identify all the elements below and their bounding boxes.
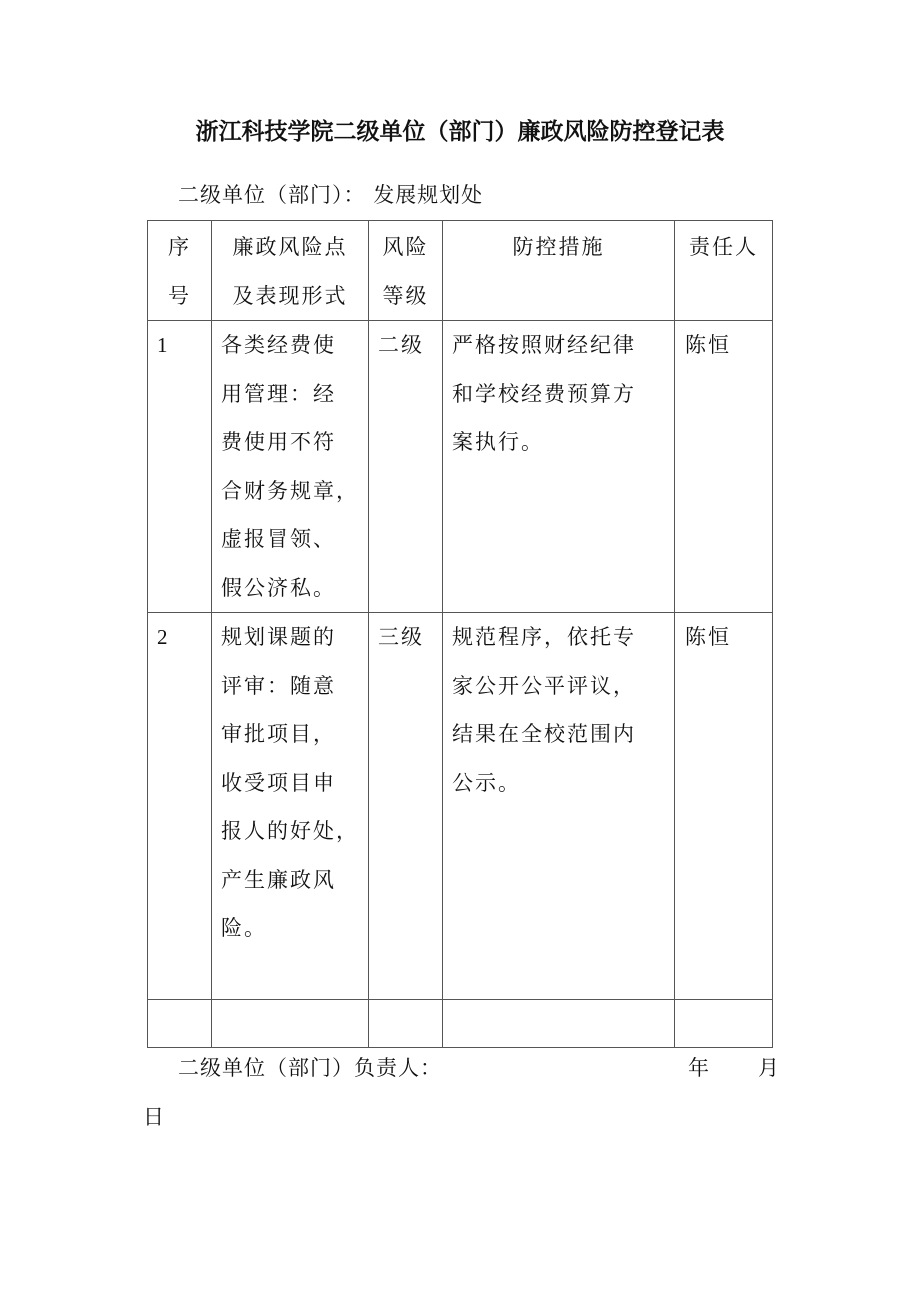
cell-owner: 陈恒 (675, 613, 773, 1000)
page-title: 浙江科技学院二级单位（部门）廉政风险防控登记表 (0, 114, 920, 150)
risk-register-table: 序 号 廉政风险点 及表现形式 风险 等级 防控措施 责任人 1 各类经费使 用… (147, 220, 773, 1048)
cell-owner-empty (675, 1000, 773, 1048)
month-label: 月 (758, 1051, 780, 1085)
cell-level: 二级 (369, 321, 443, 613)
year-label: 年 (688, 1051, 710, 1085)
cell-level: 三级 (369, 613, 443, 1000)
header-owner: 责任人 (675, 221, 773, 321)
cell-risk: 规划课题的 评审：随意 审批项目， 收受项目申 报人的好处， 产生廉政风 险。 (212, 613, 369, 1000)
cell-risk-empty (212, 1000, 369, 1048)
cell-seq: 1 (148, 321, 212, 613)
cell-owner: 陈恒 (675, 321, 773, 613)
table-row-empty (148, 1000, 773, 1048)
unit-line: 二级单位（部门）： 发展规划处 (178, 178, 483, 212)
signature-label: 二级单位（部门）负责人： (178, 1056, 442, 1080)
unit-label: 二级单位（部门）： (178, 183, 366, 207)
signature-line: 二级单位（部门）负责人： 年 月 (178, 1051, 778, 1085)
day-label: 日 (143, 1100, 164, 1134)
header-risk: 廉政风险点 及表现形式 (212, 221, 369, 321)
cell-measure: 严格按照财经纪律 和学校经费预算方 案执行。 (443, 321, 675, 613)
cell-measure: 规范程序，依托专 家公开公平评议， 结果在全校范围内 公示。 (443, 613, 675, 1000)
cell-measure-empty (443, 1000, 675, 1048)
table-row: 2 规划课题的 评审：随意 审批项目， 收受项目申 报人的好处， 产生廉政风 险… (148, 613, 773, 1000)
cell-seq-empty (148, 1000, 212, 1048)
cell-seq: 2 (148, 613, 212, 1000)
header-measure: 防控措施 (443, 221, 675, 321)
header-seq: 序 号 (148, 221, 212, 321)
table-header-row: 序 号 廉政风险点 及表现形式 风险 等级 防控措施 责任人 (148, 221, 773, 321)
cell-level-empty (369, 1000, 443, 1048)
cell-risk: 各类经费使 用管理：经 费使用不符 合财务规章， 虚报冒领、 假公济私。 (212, 321, 369, 613)
header-level: 风险 等级 (369, 221, 443, 321)
table-row: 1 各类经费使 用管理：经 费使用不符 合财务规章， 虚报冒领、 假公济私。 二… (148, 321, 773, 613)
unit-value: 发展规划处 (373, 183, 483, 207)
